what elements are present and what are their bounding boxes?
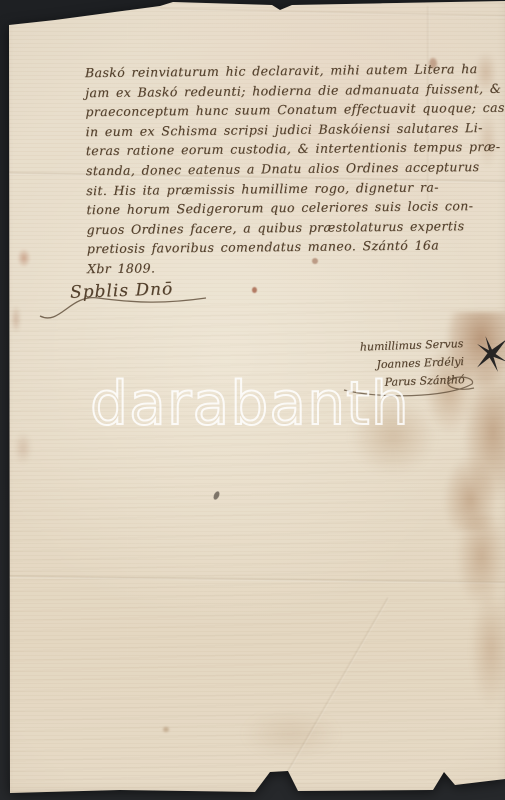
watermark-text: darabanth	[90, 369, 410, 439]
stain-left-edge-1	[15, 244, 33, 272]
photo-of-letter: Baskó reinviaturum hic declaravit, mihi …	[0, 0, 505, 800]
letter-body: Baskó reinviaturum hic declaravit, mihi …	[85, 59, 501, 279]
stain-right-lower	[443, 515, 505, 720]
fox-speck	[163, 727, 169, 732]
fold-crease-top	[160, 7, 505, 17]
letter-line: Xbr 1809.	[87, 255, 501, 279]
fox-speck	[252, 287, 257, 293]
salutation-flourish	[36, 286, 216, 328]
darabanth-watermark: darabanth	[88, 362, 448, 444]
stain-bottom-center	[226, 698, 356, 770]
stain-left-edge-3	[11, 424, 35, 472]
stain-left-edge-2	[9, 298, 23, 340]
